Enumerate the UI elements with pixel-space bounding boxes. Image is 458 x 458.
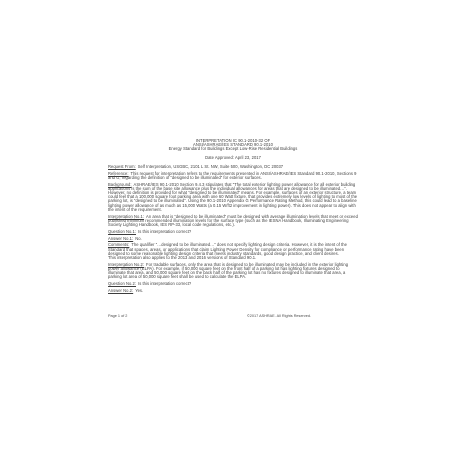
- question-1-label: Question No.1:: [108, 229, 136, 234]
- request-from-text: Self Interpretation, USGBC, 2101 L St. N…: [138, 164, 283, 169]
- interpretation-2-text: For tradable surfaces, only the area tha…: [108, 262, 348, 280]
- document-page: INTERPRETATION IC 90.1-2010-32 OF ANSI/A…: [0, 0, 458, 458]
- section-reference: Reference:This request for interpretatio…: [108, 172, 358, 180]
- answer-2-text: Yes.: [135, 288, 143, 293]
- interpretation-1-text: An area that is “designed to be illumina…: [108, 214, 358, 227]
- section-answer-2: Answer No.2:Yes.: [108, 289, 358, 293]
- reference-text: This request for interpretation refers t…: [108, 171, 356, 180]
- comments-text: The qualifier “…designed to be illuminat…: [108, 242, 347, 260]
- question-2-text: Is this interpretation correct?: [138, 281, 191, 286]
- answer-2-label: Answer No.2:: [108, 288, 133, 293]
- answer-1-text: No.: [135, 236, 142, 241]
- date-approved: Date Approved: April 23, 2017: [108, 156, 358, 160]
- section-interpretation-2: Interpretation No.2:For tradable surface…: [108, 263, 358, 280]
- question-1-text: Is this interpretation correct?: [138, 229, 191, 234]
- copyright-notice: ©2017 ASHRAE. All Rights Reserved.: [247, 314, 311, 318]
- section-background: Background:ASHRAE/IES 90.1-2010 Section …: [108, 183, 358, 212]
- answer-1-label: Answer No.1:: [108, 236, 133, 241]
- page-number: Page 1 of 2: [108, 314, 127, 318]
- page-footer: Page 1 of 2 ©2017 ASHRAE. All Rights Res…: [108, 314, 358, 320]
- document-header: INTERPRETATION IC 90.1-2010-32 OF ANSI/A…: [108, 139, 358, 160]
- background-text: ASHRAE/IES 90.1-2010 Section 9.4.3 stipu…: [108, 182, 357, 212]
- section-question-1: Question No.1:Is this interpretation cor…: [108, 230, 358, 234]
- document-content: INTERPRETATION IC 90.1-2010-32 OF ANSI/A…: [108, 139, 358, 293]
- request-from-label: Request From:: [108, 164, 136, 169]
- question-2-label: Question No.2:: [108, 281, 136, 286]
- section-interpretation-1: Interpretation No.1:An area that is “des…: [108, 215, 358, 228]
- section-comments: Comments:The qualifier “…designed to be …: [108, 243, 358, 260]
- doc-title-line3: Energy Standard for Buildings Except Low…: [108, 147, 358, 151]
- section-question-2: Question No.2:Is this interpretation cor…: [108, 282, 358, 286]
- section-answer-1: Answer No.1:No.: [108, 237, 358, 241]
- section-request-from: Request From:Self Interpretation, USGBC,…: [108, 165, 358, 169]
